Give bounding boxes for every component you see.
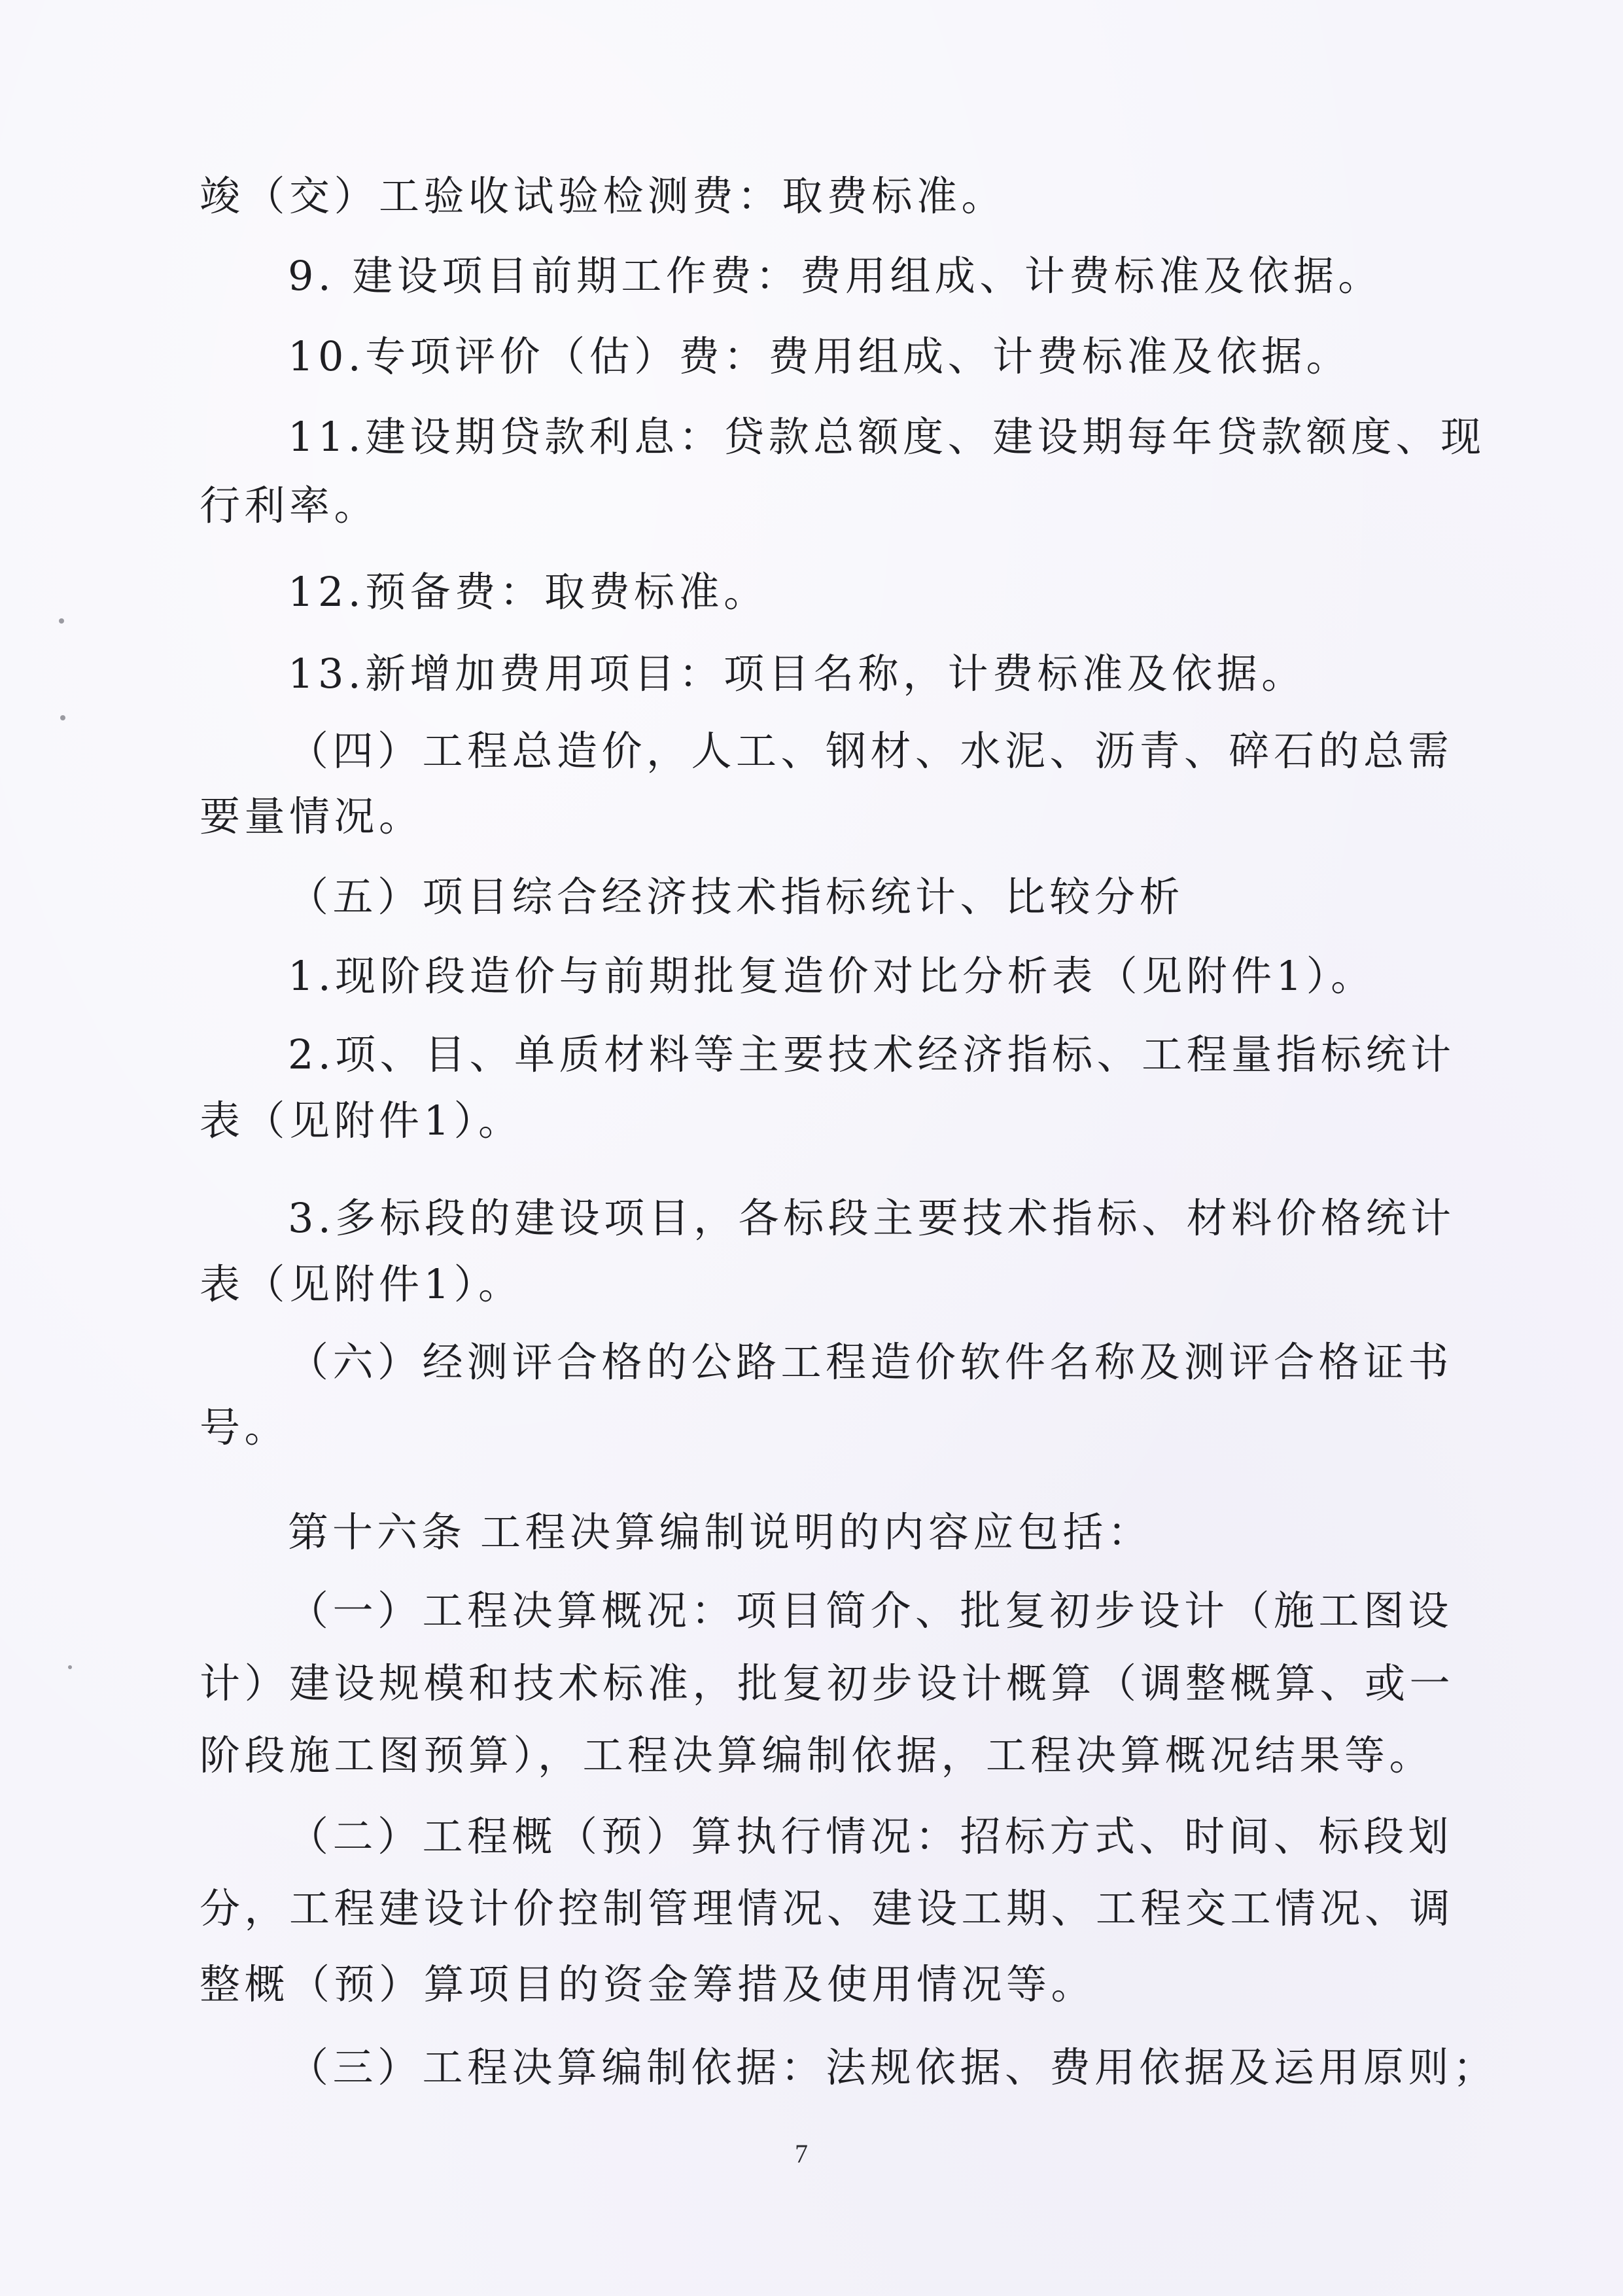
- text-line: 2.项、目、单质材料等主要技术经济指标、工程量指标统计: [288, 1019, 1429, 1091]
- article-heading-text: 工程决算编制说明的内容应包括：: [480, 1508, 1153, 1556]
- text-line: 阶段施工图预算），工程决算编制依据，工程决算概况结果等。: [200, 1720, 1429, 1792]
- text-line: （一）工程决算概况：项目简介、批复初步设计（施工图设: [288, 1575, 1429, 1647]
- text-line: 3.多标段的建设项目，各标段主要技术指标、材料价格统计: [288, 1182, 1429, 1254]
- text-line: 13.新增加费用项目：项目名称，计费标准及依据。: [288, 638, 1429, 710]
- text-line: 表（见附件1）。: [200, 1085, 1429, 1157]
- text-line: 12.预备费：取费标准。: [288, 556, 1429, 628]
- text-line: （六）经测评合格的公路工程造价软件名称及测评合格证书: [288, 1326, 1429, 1398]
- text-line: 11.建设期贷款利息：贷款总额度、建设期每年贷款额度、现: [288, 401, 1429, 473]
- text-line: 9. 建设项目前期工作费：费用组成、计费标准及依据。: [288, 240, 1429, 312]
- text-line: （二）工程概（预）算执行情况：招标方式、时间、标段划: [288, 1801, 1429, 1873]
- text-line: 行利率。: [200, 470, 1429, 542]
- page-number: 7: [788, 2134, 814, 2174]
- text-line: （三）工程决算编制依据：法规依据、费用依据及运用原则；: [288, 2032, 1429, 2104]
- text-line: 整概（预）算项目的资金筹措及使用情况等。: [200, 1949, 1429, 2021]
- text-line: 竣（交）工验收试验检测费：取费标准。: [200, 160, 1429, 232]
- text-line: （四）工程总造价，人工、钢材、水泥、沥青、碎石的总需: [288, 715, 1429, 787]
- text-line: 表（见附件1）。: [200, 1248, 1429, 1320]
- text-line: 分，工程建设计价控制管理情况、建设工期、工程交工情况、调: [200, 1873, 1429, 1945]
- text-line: 号。: [200, 1392, 1429, 1464]
- text-line: 1.现阶段造价与前期批复造价对比分析表（见附件1）。: [288, 940, 1429, 1012]
- scan-speck: [59, 618, 64, 624]
- document-page: 竣（交）工验收试验检测费：取费标准。 9. 建设项目前期工作费：费用组成、计费标…: [0, 0, 1623, 2296]
- article-heading-line: 第十六条工程决算编制说明的内容应包括：: [288, 1496, 1429, 1568]
- scan-speck: [68, 1665, 72, 1669]
- article-label: 第十六条: [288, 1508, 466, 1556]
- text-line: （五）项目综合经济技术指标统计、比较分析: [288, 861, 1429, 933]
- text-line: 10.专项评价（估）费：费用组成、计费标准及依据。: [288, 321, 1429, 393]
- scan-speck: [60, 715, 65, 720]
- text-line: 要量情况。: [200, 781, 1429, 853]
- text-line: 计）建设规模和技术标准，批复初步设计概算（调整概算、或一: [200, 1648, 1429, 1720]
